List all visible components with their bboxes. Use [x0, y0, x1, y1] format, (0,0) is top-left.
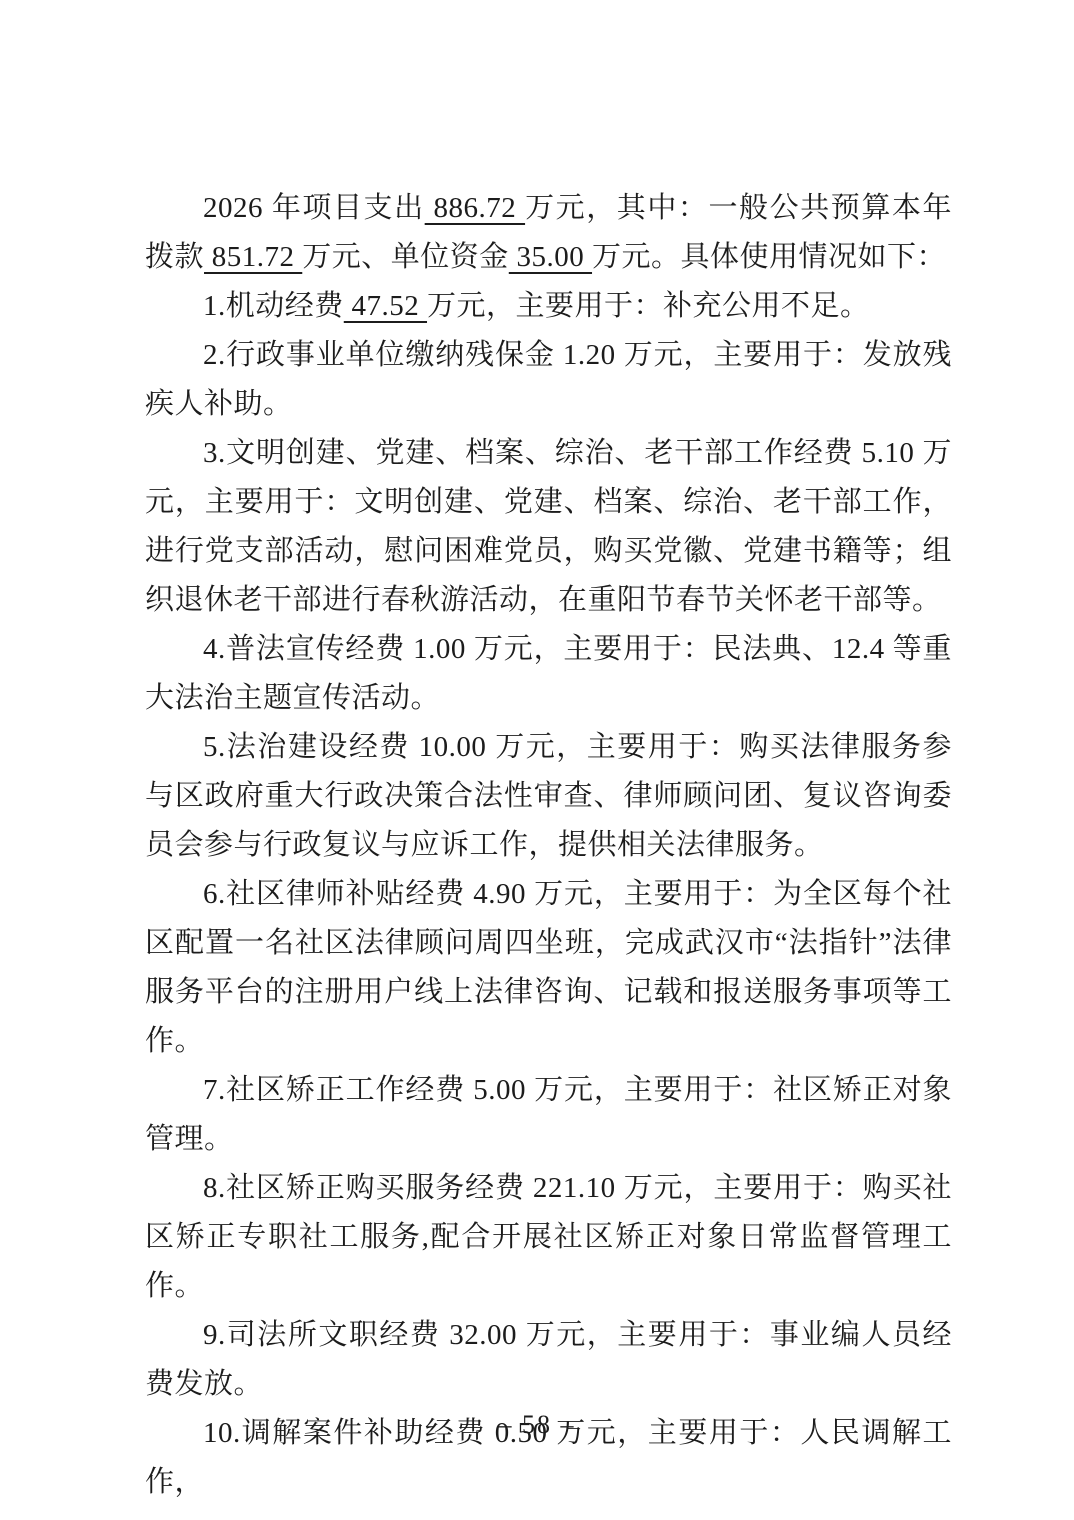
paragraph: 2026 年项目支出 886.72 万元，其中：一般公共预算本年拨款 851.7…: [145, 184, 952, 282]
paragraph: 4.普法宣传经费 1.00 万元，主要用于：民法典、12.4 等重大法治主题宣传…: [145, 625, 952, 723]
text-segment: 7.社区矫正工作经费 5.00 万元，主要用于：社区矫正对象管理。: [145, 1074, 952, 1155]
document-body: 2026 年项目支出 886.72 万元，其中：一般公共预算本年拨款 851.7…: [145, 184, 952, 1507]
text-segment: 2026 年项目支出: [203, 192, 425, 224]
paragraph: 2.行政事业单位缴纳残保金 1.20 万元，主要用于：发放残疾人补助。: [145, 331, 952, 429]
text-segment: 5.法治建设经费 10.00 万元，主要用于：购买法律服务参与区政府重大行政决策…: [145, 731, 952, 861]
page-footer: – 58 –: [0, 1405, 1074, 1445]
text-segment: 8.社区矫正购买服务经费 221.10 万元，主要用于：购买社区矫正专职社工服务…: [145, 1172, 952, 1302]
paragraph: 9.司法所文职经费 32.00 万元，主要用于：事业编人员经费发放。: [145, 1311, 952, 1409]
paragraph: 3.文明创建、党建、档案、综治、老干部工作经费 5.10 万元，主要用于：文明创…: [145, 429, 952, 625]
text-segment: 万元。具体使用情况如下：: [592, 241, 946, 273]
text-segment: 4.普法宣传经费 1.00 万元，主要用于：民法典、12.4 等重大法治主题宣传…: [145, 633, 952, 714]
paragraph: 1.机动经费 47.52 万元，主要用于：补充公用不足。: [145, 282, 952, 331]
underlined-amount: 851.72: [204, 241, 302, 273]
paragraph: 6.社区律师补贴经费 4.90 万元，主要用于：为全区每个社区配置一名社区法律顾…: [145, 870, 952, 1066]
paragraph: 5.法治建设经费 10.00 万元，主要用于：购买法律服务参与区政府重大行政决策…: [145, 723, 952, 870]
underlined-amount: 47.52: [344, 290, 427, 322]
paragraph: 7.社区矫正工作经费 5.00 万元，主要用于：社区矫正对象管理。: [145, 1066, 952, 1164]
text-segment: 6.社区律师补贴经费 4.90 万元，主要用于：为全区每个社区配置一名社区法律顾…: [145, 878, 952, 1057]
text-segment: 3.文明创建、党建、档案、综治、老干部工作经费 5.10 万元，主要用于：文明创…: [145, 437, 952, 616]
document-page: 2026 年项目支出 886.72 万元，其中：一般公共预算本年拨款 851.7…: [0, 0, 1074, 1520]
text-segment: 1.机动经费: [203, 290, 344, 322]
underlined-amount: 35.00: [509, 241, 592, 273]
page-number: – 58 –: [499, 1410, 576, 1439]
text-segment: 9.司法所文职经费 32.00 万元，主要用于：事业编人员经费发放。: [145, 1319, 952, 1400]
text-segment: 万元，主要用于：补充公用不足。: [427, 290, 870, 322]
text-segment: 万元、单位资金: [302, 241, 509, 273]
underlined-amount: 886.72: [425, 192, 525, 224]
text-segment: 2.行政事业单位缴纳残保金 1.20 万元，主要用于：发放残疾人补助。: [145, 339, 952, 420]
paragraph: 8.社区矫正购买服务经费 221.10 万元，主要用于：购买社区矫正专职社工服务…: [145, 1164, 952, 1311]
